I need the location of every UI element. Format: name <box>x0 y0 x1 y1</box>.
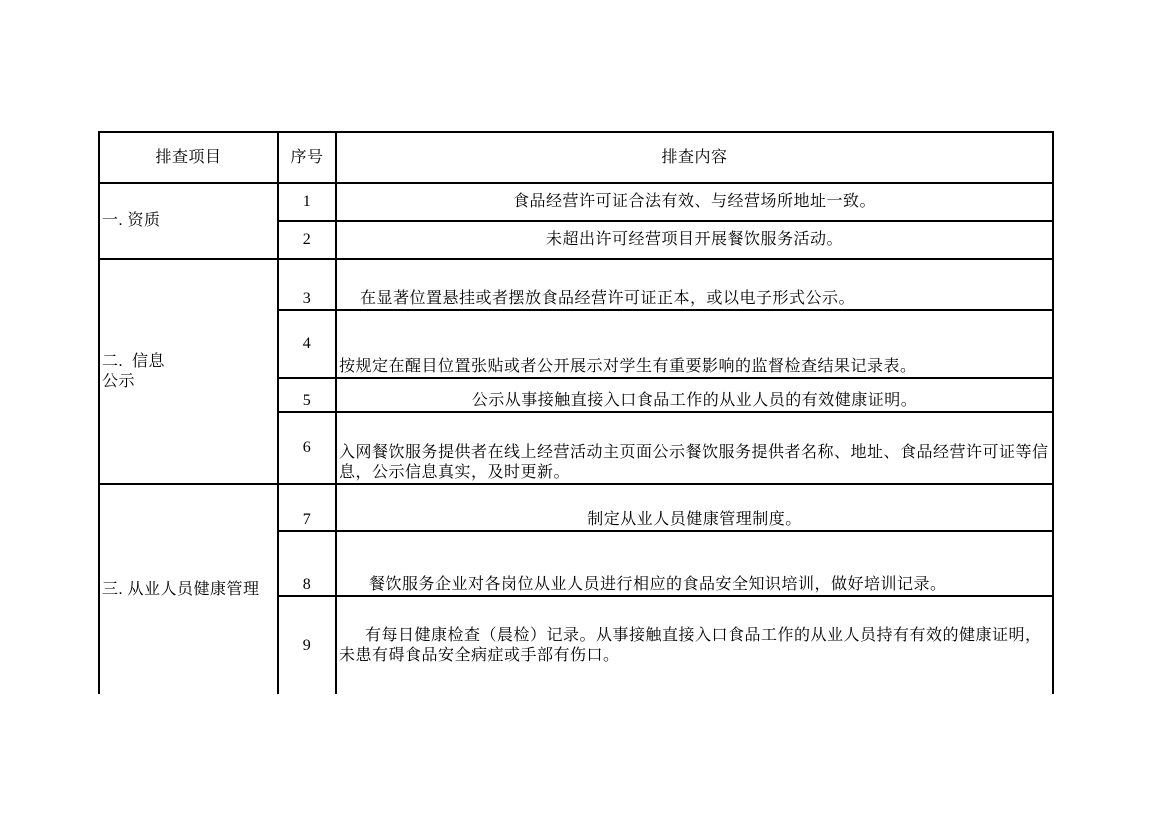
row-number: 3 <box>279 260 337 311</box>
section-label-qualification: 一. 资质 <box>100 184 279 260</box>
inspection-table: 排查项目 序号 排查内容 一. 资质 1 食品经营许可证合法有效、与经营场所地址… <box>98 131 1054 694</box>
column-header-item: 排查项目 <box>100 133 279 184</box>
row-content: 有每日健康检查（晨检）记录。从事接触直接入口食品工作的从业人员持有有效的健康证明… <box>337 597 1054 694</box>
section-label-staff-health-management: 三. 从业人员健康管理 <box>100 485 279 694</box>
table-row: 二. 信息 公示 3 在显著位置悬挂或者摆放食品经营许可证正本，或以电子形式公示… <box>100 260 1054 311</box>
row-content: 制定从业人员健康管理制度。 <box>337 485 1054 532</box>
section-label-line2: 公示 <box>102 372 275 392</box>
table-row: 三. 从业人员健康管理 7 制定从业人员健康管理制度。 <box>100 485 1054 532</box>
row-number: 9 <box>279 597 337 694</box>
row-number: 4 <box>279 311 337 379</box>
row-number: 5 <box>279 379 337 413</box>
row-content: 餐饮服务企业对各岗位从业人员进行相应的食品安全知识培训，做好培训记录。 <box>337 532 1054 597</box>
row-number: 2 <box>279 222 337 260</box>
column-header-no: 序号 <box>279 133 337 184</box>
row-number: 8 <box>279 532 337 597</box>
inspection-checklist: 排查项目 序号 排查内容 一. 资质 1 食品经营许可证合法有效、与经营场所地址… <box>98 131 1054 694</box>
row-content: 在显著位置悬挂或者摆放食品经营许可证正本，或以电子形式公示。 <box>337 260 1054 311</box>
row-content: 未超出许可经营项目开展餐饮服务活动。 <box>337 222 1054 260</box>
row-content: 入网餐饮服务提供者在线上经营活动主页面公示餐饮服务提供者名称、地址、食品经营许可… <box>337 413 1054 485</box>
row-number: 1 <box>279 184 337 222</box>
row-number: 7 <box>279 485 337 532</box>
column-header-content: 排查内容 <box>337 133 1054 184</box>
row-content: 按规定在醒目位置张贴或者公开展示对学生有重要影响的监督检查结果记录表。 <box>337 311 1054 379</box>
row-content: 公示从事接触直接入口食品工作的从业人员的有效健康证明。 <box>337 379 1054 413</box>
row-content: 食品经营许可证合法有效、与经营场所地址一致。 <box>337 184 1054 222</box>
row-number: 6 <box>279 413 337 485</box>
section-label-line1: 二. 信息 <box>102 352 275 372</box>
table-row: 一. 资质 1 食品经营许可证合法有效、与经营场所地址一致。 <box>100 184 1054 222</box>
header-row: 排查项目 序号 排查内容 <box>100 133 1054 184</box>
section-label-information-publicity: 二. 信息 公示 <box>100 260 279 485</box>
